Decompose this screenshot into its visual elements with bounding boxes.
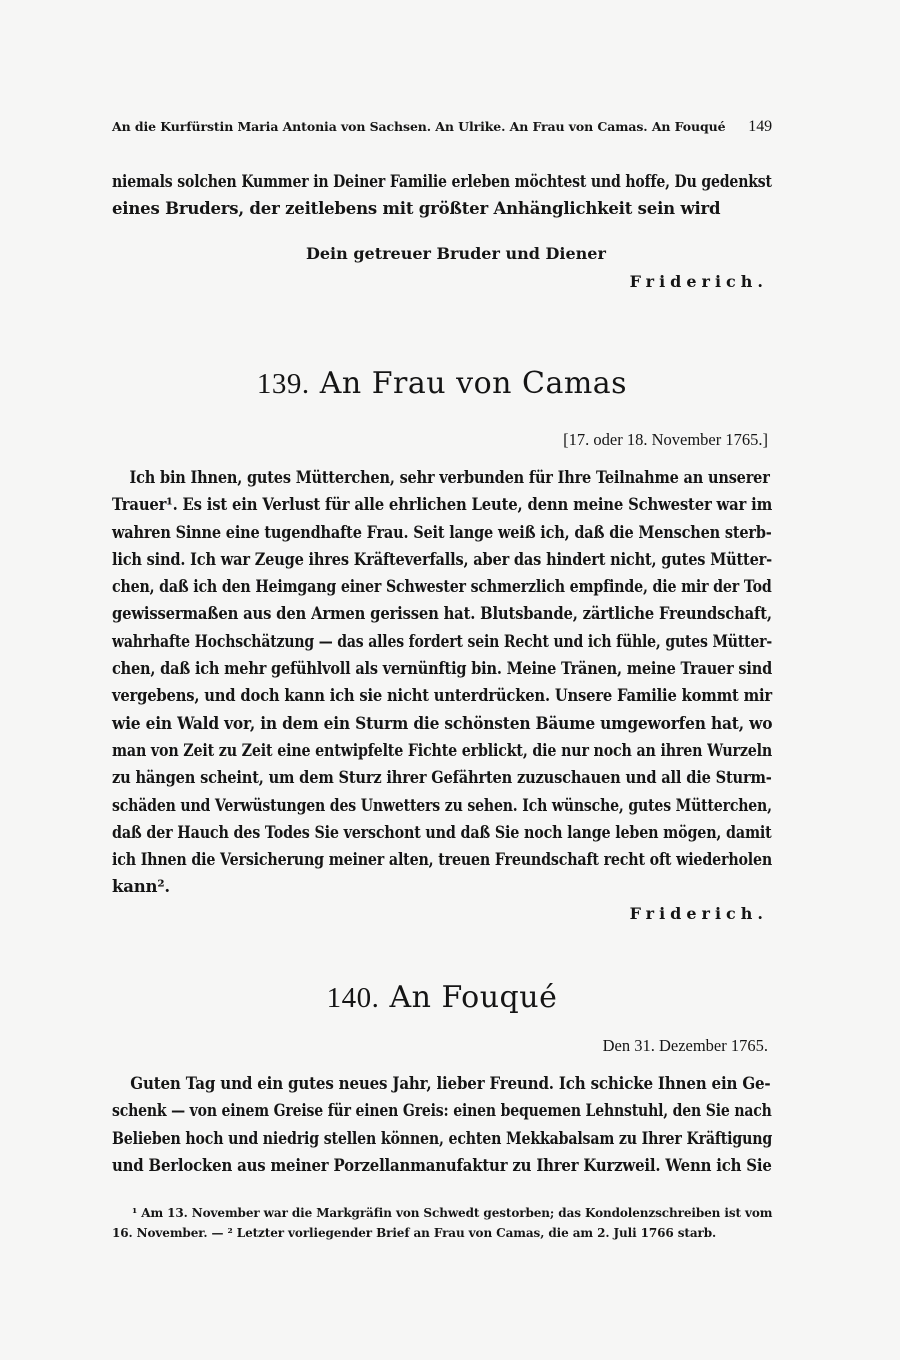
- text-line: eines Bruders, der zeitlebens mit größte…: [112, 195, 772, 222]
- text-line: wahren Sinne eine tugendhafte Frau. Seit…: [112, 519, 691, 546]
- signature: Friderich.: [630, 272, 768, 291]
- signature: Friderich.: [630, 904, 768, 923]
- running-head-title: An die Kurfürstin Maria Antonia von Sach…: [112, 119, 725, 134]
- text-line: kann².: [112, 873, 772, 900]
- letter-body: Guten Tag und ein gutes neues Jahr, lieb…: [112, 1070, 772, 1179]
- text-line: und Berlocken aus meiner Porzellanmanufa…: [112, 1152, 708, 1179]
- text-line: lich sind. Ich war Zeuge ihres Kräftever…: [112, 546, 694, 573]
- text-line: ich Ihnen die Versicherung meiner alten,…: [112, 846, 681, 873]
- letter-body: Ich bin Ihnen, gutes Mütterchen, sehr ve…: [112, 464, 772, 901]
- footnotes: ¹ Am 13. November war die Markgräfin von…: [112, 1203, 772, 1243]
- letter-date: Den 31. Dezember 1765.: [603, 1036, 768, 1056]
- letter-title: An Fouqué: [389, 980, 557, 1015]
- page-number: 149: [748, 118, 772, 136]
- previous-letter-text: niemals solchen Kummer in Deiner Familie…: [112, 168, 772, 223]
- footnote-line: ¹ Am 13. November war die Markgräfin von…: [112, 1203, 772, 1223]
- letter-heading: 139. An Frau von Camas: [112, 366, 772, 401]
- letter-heading: 140. An Fouqué: [112, 980, 772, 1015]
- text-line: Ich bin Ihnen, gutes Mütterchen, sehr ve…: [112, 464, 691, 491]
- text-line: man von Zeit zu Zeit eine entwipfelte Fi…: [112, 737, 681, 764]
- text-line: vergebens, und doch kann ich sie nicht u…: [112, 682, 701, 709]
- text-line: Belieben hoch und niedrig stellen können…: [112, 1125, 678, 1152]
- text-line: Trauer¹. Es ist ein Verlust für alle ehr…: [112, 491, 705, 518]
- text-line: chen, daß ich den Heimgang einer Schwest…: [112, 573, 679, 600]
- text-line: wahrhafte Hochschätzung — das alles ford…: [112, 628, 673, 655]
- text-line: schenk — von einem Greise für einen Grei…: [112, 1097, 673, 1124]
- text-line: daß der Hauch des Todes Sie verschont un…: [112, 819, 684, 846]
- text-line: niemals solchen Kummer in Deiner Familie…: [112, 168, 674, 195]
- text-line: gewissermaßen aus den Armen gerissen hat…: [112, 600, 703, 627]
- footnote-line: 16. November. — ² Letzter vorliegender B…: [112, 1223, 772, 1243]
- letter-date: [17. oder 18. November 1765.]: [563, 430, 768, 450]
- letter-title: An Frau von Camas: [320, 366, 627, 401]
- letter-number: 140.: [327, 982, 380, 1014]
- text-line: schäden und Verwüstungen des Unwetters z…: [112, 792, 675, 819]
- text-line: chen, daß ich mehr gefühlvoll als vernün…: [112, 655, 691, 682]
- letter-closing: Dein getreuer Bruder und Diener: [306, 244, 606, 263]
- letter-number: 139.: [257, 368, 310, 400]
- text-line: zu hängen scheint, um dem Sturz ihrer Ge…: [112, 764, 696, 791]
- text-line: wie ein Wald vor, in dem ein Sturm die s…: [112, 710, 729, 737]
- running-head: An die Kurfürstin Maria Antonia von Sach…: [112, 118, 772, 136]
- text-line: Guten Tag und ein gutes neues Jahr, lieb…: [112, 1070, 715, 1097]
